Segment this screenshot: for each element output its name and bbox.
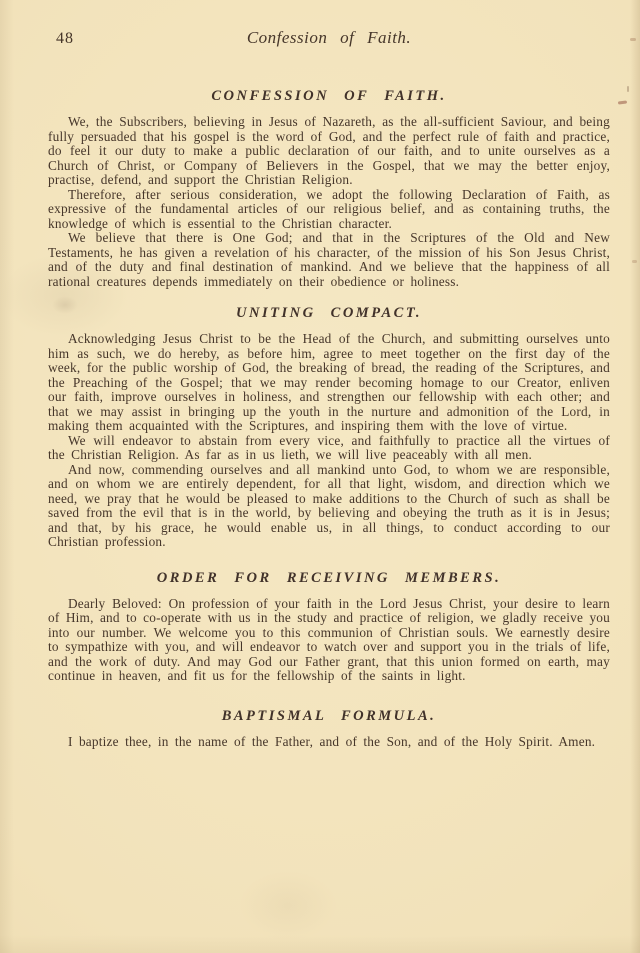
section-heading-confession-of-faith: CONFESSION OF FAITH. (48, 88, 610, 105)
paper-stain (52, 296, 78, 314)
paragraph: Therefore, after serious consideration, … (48, 188, 610, 232)
section-heading-order-for-receiving-members: ORDER FOR RECEIVING MEMBERS. (48, 570, 610, 587)
page-number: 48 (56, 30, 74, 48)
paragraph: We will endeavor to abstain from every v… (48, 434, 610, 463)
paragraph: Acknowledging Jesus Christ to be the Hea… (48, 332, 610, 434)
section-heading-uniting-compact: UNITING COMPACT. (48, 305, 610, 322)
book-page: 48 Confession of Faith. CONFESSION OF FA… (0, 0, 640, 953)
paragraph: We, the Subscribers, believing in Jesus … (48, 115, 610, 188)
scan-edge-mark (618, 100, 627, 104)
paragraph: And now, commending ourselves and all ma… (48, 463, 610, 550)
paragraph: I baptize thee, in the name of the Fathe… (48, 735, 610, 750)
paragraph: We believe that there is One God; and th… (48, 231, 610, 289)
running-title: Confession of Faith. (48, 28, 610, 48)
scan-edge-mark (630, 38, 636, 41)
running-head: 48 Confession of Faith. (48, 28, 610, 52)
paragraph: Dearly Beloved: On profession of your fa… (48, 597, 610, 684)
scan-edge-mark (632, 260, 637, 263)
page-body: CONFESSION OF FAITH. We, the Subscribers… (48, 88, 610, 749)
section-heading-baptismal-formula: BAPTISMAL FORMULA. (48, 708, 610, 725)
scan-edge-mark (627, 86, 629, 92)
